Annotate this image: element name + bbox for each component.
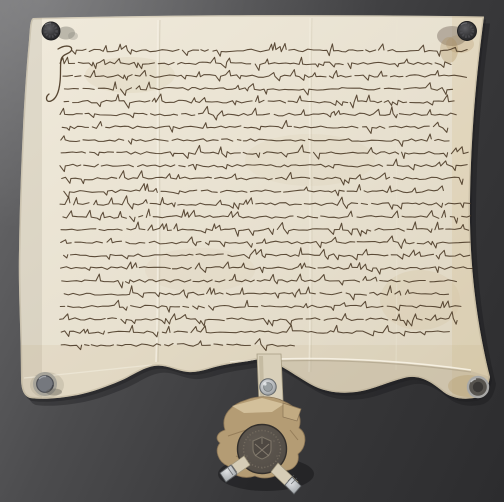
corner-pin-top-right [458, 22, 477, 41]
corner-pin-top-left [42, 22, 60, 40]
smudge-top-left [68, 32, 78, 40]
seal-tag-pin [260, 379, 276, 395]
photo-medieval-charter [0, 0, 504, 502]
corner-pin-bottom-right [468, 377, 488, 397]
charter-photograph [0, 0, 504, 502]
crease-vertical-faint [396, 17, 397, 370]
mottle [380, 270, 460, 330]
